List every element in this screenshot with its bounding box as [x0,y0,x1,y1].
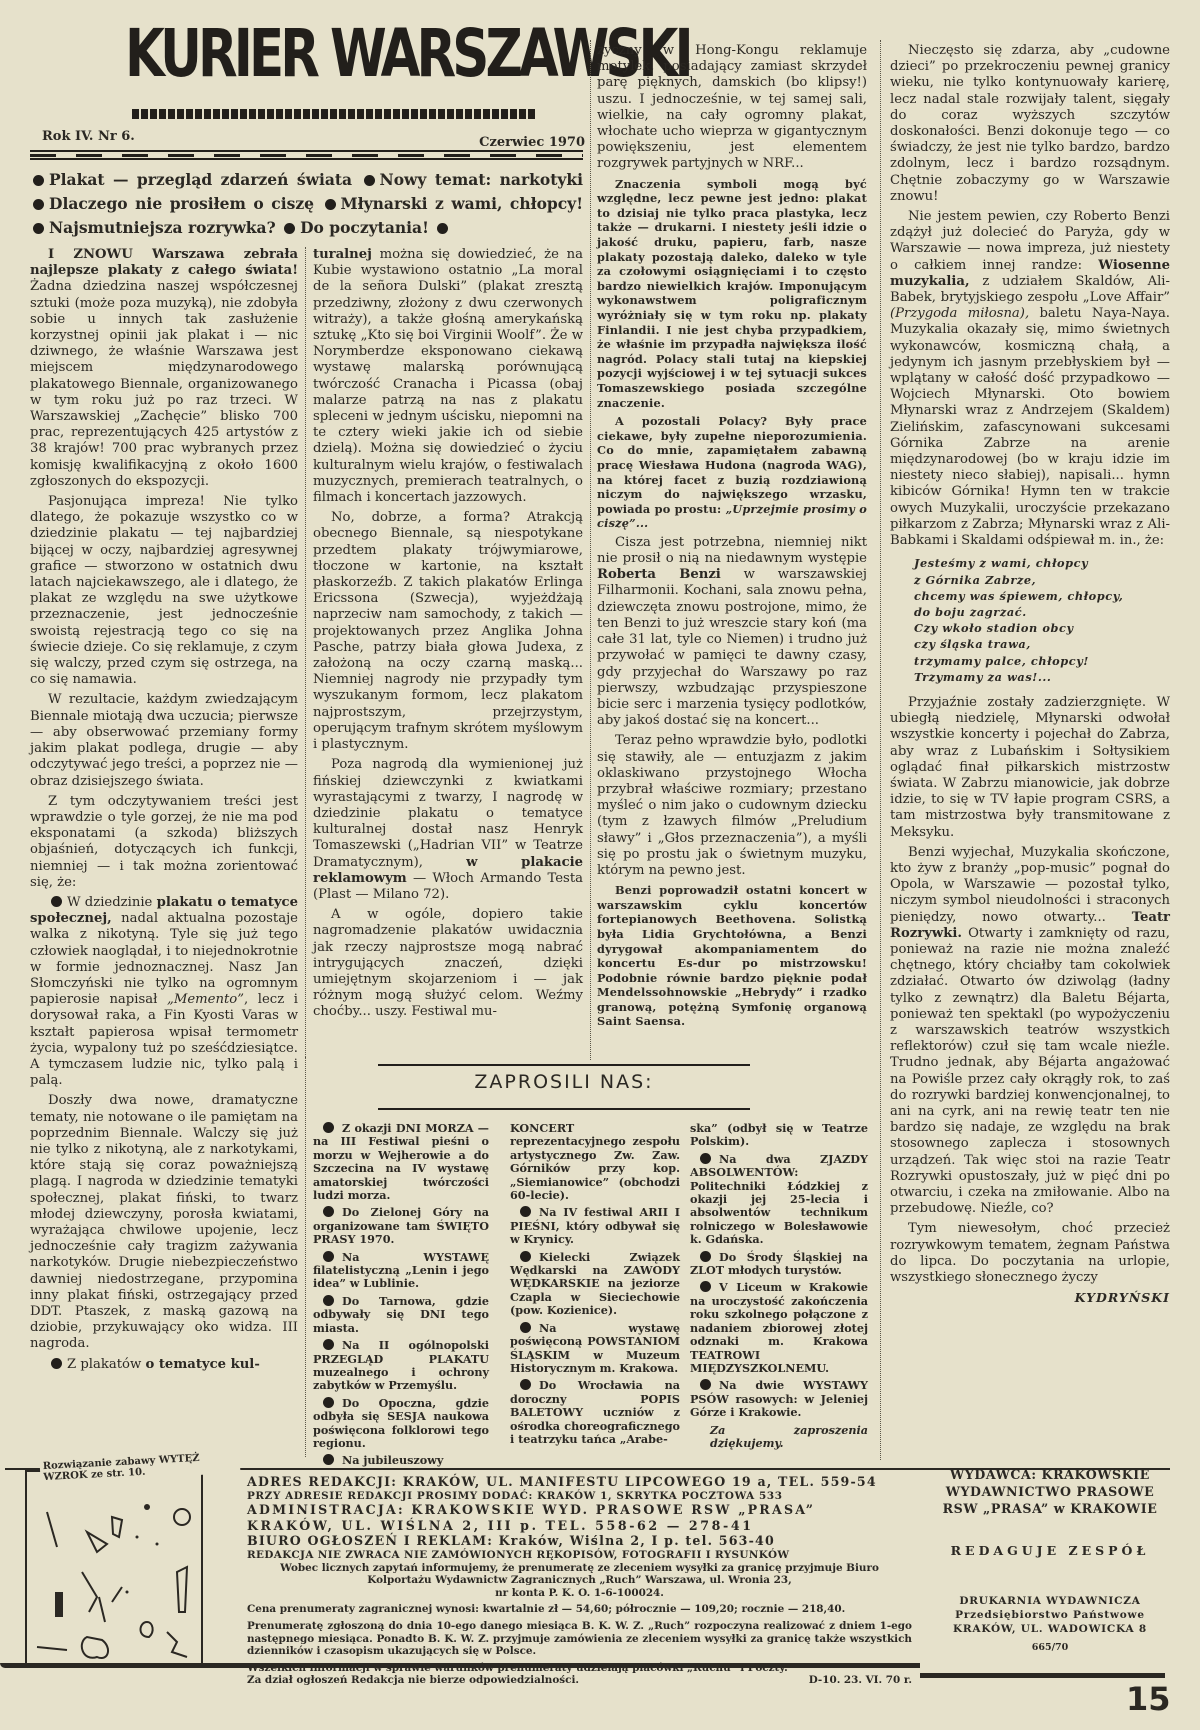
bullet-icon [323,1251,334,1262]
column-separator [305,247,306,1057]
imprint: ADRES REDAKCJI: KRAKÓW, UL. MANIFESTU LI… [247,1474,912,1687]
author-signature: KYDRYŃSKI [890,1290,1170,1306]
article-paragraph: zyczny w Hong-Kongu reklamuje motylek, p… [597,43,867,173]
invitation-item: Na jubileuszowy [313,1454,489,1467]
administration-address: KRAKÓW, UL. WIŚLNA 2, III p. TEL. 558-62… [247,1518,912,1534]
masthead-dotted-rule [132,109,537,119]
bullet-icon [323,1397,334,1408]
masthead-dashed-rule [30,150,583,160]
bullet-icon [325,199,336,210]
puzzle-fragments-icon [27,1472,201,1666]
contents-teaser: Plakat — przegląd zdarzeń świata Nowy te… [30,168,583,240]
ads-disclaimer: Za dział ogłoszeń Redakcja nie bierze od… [247,1674,579,1687]
invitation-item: Na wystawę poświęconą POWSTANIOM ŚLĄSKIM… [510,1322,680,1376]
article-paragraph: Znaczenia symboli mogą być względne, lec… [597,177,867,411]
bullet-icon [520,1379,531,1390]
ads-row: Za dział ogłoszeń Redakcja nie bierze od… [247,1674,912,1687]
article-paragraph: A pozostali Polacy? Były prace ciekawe, … [597,414,867,531]
article-paragraph: Tym niewesołym, choć przecież rozrywkowy… [890,1221,1170,1286]
article-paragraph: Benzi wyjechał, Muzykalia skończone, kto… [890,845,1170,1218]
article-paragraph: A w ogóle, dopiero takie nagromadzenie p… [313,907,583,1020]
article-column-2: turalnej można się dowiedzieć, że na Kub… [313,247,583,1025]
publisher-block: WYDAWCA: KRAKOWSKIE WYDAWNICTWO PRASOWE … [930,1466,1170,1653]
no-return-note: REDAKCJA NIE ZWRACA NIE ZAMÓWIONYCH RĘKO… [247,1549,912,1562]
article-paragraph: Z plakatów o tematyce kul- [30,1357,298,1373]
advertising-office: BIURO OGŁOSZEŃ I REKLAM: Kraków, Wiślna … [247,1533,912,1549]
bullet-icon [700,1379,711,1390]
lyric-line: chcemy was śpiewem, chłopcy, [914,588,1170,604]
invitation-item: Na dwie WYSTAWY PSÓW rasowych: w Jelenie… [690,1379,868,1419]
bullet-icon [323,1206,334,1217]
invitation-item: KONCERT reprezentacyjnego zespołu artyst… [510,1122,680,1202]
page-number: 15 [1126,1680,1171,1718]
bullet-icon [520,1251,531,1262]
section-rule [378,1108,750,1110]
bullet-icon [364,175,375,186]
editorial-team: REDAGUJE ZESPÓŁ [930,1543,1170,1558]
column-separator [305,1057,306,1457]
subscription-note: Wobec licznych zapytań informujemy, że p… [247,1562,912,1587]
publisher: WYDAWCA: KRAKOWSKIE WYDAWNICTWO PRASOWE … [930,1466,1170,1517]
invitation-item: Na dwa ZJAZDY ABSOLWENTÓW: Politechniki … [690,1153,868,1247]
bullet-icon [51,1358,62,1369]
article-paragraph: Benzi poprowadził ostatni koncert w wars… [597,883,867,1029]
masthead: KURIER WARSZAWSKI Rok IV. Nr 6. Czerwiec… [30,4,585,154]
masthead-logo: KURIER WARSZAWSKI [125,4,453,104]
issue-date: Czerwiec 1970 [479,135,585,150]
bullet-icon [700,1281,711,1292]
lyric-line: z Górnika Zabrze, [914,572,1170,588]
invitation-item: Do Opoczna, gdzie odbyła się SESJA nauko… [313,1397,489,1451]
teaser-item: Plakat — przegląd zdarzeń świata [49,170,352,189]
puzzle-solution-box [25,1470,203,1668]
article-paragraph: W rezultacie, każdym zwiedzającym Bienna… [30,692,298,789]
invitation-item: Do Środy Śląskiej na ZLOT młodych turyst… [690,1251,868,1278]
article-column-1: I ZNOWU Warszawa zebrała najlepsze plaka… [30,247,298,1377]
printer-info: DRUKARNIA WYDAWNICZA Przedsiębiorstwo Pa… [930,1594,1170,1636]
editorial-address-note: PRZY ADRESIE REDAKCJI PROSIMY DODAĆ: KRA… [247,1490,912,1503]
bullet-icon [520,1322,531,1333]
section-rule [378,1064,750,1066]
article-paragraph: Nie jestem pewien, czy Roberto Benzi zdą… [890,209,1170,549]
teaser-item: Młynarski z wami, chłopcy! [341,194,583,213]
invitation-item: Do Tarnowa, gdzie odbywały się DNI tego … [313,1295,489,1335]
bullet-icon [323,1122,334,1133]
article-paragraph: Przyjaźnie zostały zadzierzgnięte. W ubi… [890,695,1170,841]
bullet-icon [437,223,448,234]
order-number: 665/70 [930,1642,1170,1653]
article-paragraph: Żadna dziedzina naszej współczesnej sztu… [30,279,298,488]
invitation-item: Do Zielonej Góry na organizowane tam ŚWI… [313,1206,489,1246]
teaser-item: Do poczytania! [300,218,429,237]
teaser-item: Dlaczego nie prosiłem o ciszę [49,194,314,213]
teaser-item: Nowy temat: narkotyki [380,170,583,189]
teaser-item: Najsmutniejsza rozrywka? [49,218,276,237]
lyric-line: Trzymamy za was!... [914,669,1170,685]
print-code: D-10. 23. VI. 70 r. [809,1674,912,1687]
lyric-line: trzymamy palce, chłopcy! [914,653,1170,669]
bank-account: nr konta P. K. O. 1-6-100024. [247,1587,912,1600]
invitation-item: Na II ogólnopolski PRZEGLĄD PLAKATU muze… [313,1339,489,1393]
footer-bottom-rule [0,1663,920,1668]
article-paragraph: Teraz pełno wprawdzie było, podlotki się… [597,733,867,879]
article-column-3: zyczny w Hong-Kongu reklamuje motylek, p… [597,43,867,1033]
subscription-price: Cena prenumeraty zagranicznej wynosi: kw… [247,1603,912,1616]
article-column-4: Nieczęsto się zdarza, aby „cudowne dziec… [890,43,1170,1306]
lyric-line: do boju zagrzać. [914,604,1170,620]
lyric-line: Jesteśmy z wami, chłopcy [914,555,1170,571]
article-paragraph: Cisza jest potrzebna, niemniej nikt nie … [597,535,867,729]
bullet-icon [33,199,44,210]
column-separator [590,40,591,1060]
bullet-icon [284,223,295,234]
bullet-icon [323,1339,334,1350]
article-paragraph: turalnej można się dowiedzieć, że na Kub… [313,247,583,506]
bullet-icon [323,1454,334,1465]
lyric-line: Czy wkoło stadion obcy [914,620,1170,636]
section-title: ZAPROSILI NAS: [378,1071,750,1093]
invitations-column-a: Z okazji DNI MORZA — na III Festiwal pie… [313,1122,489,1472]
bullet-icon [520,1206,531,1217]
invitation-item: ska” (odbył się w Teatrze Polskim). [690,1122,868,1149]
bullet-icon [700,1251,711,1262]
article-paragraph: Z tym odczytywaniem treści jest wprawdzi… [30,794,298,891]
column-separator [880,40,881,1460]
article-lead: I ZNOWU Warszawa zebrała najlepsze plaka… [30,247,298,278]
bullet-icon [51,896,62,907]
invitation-item: Na IV festiwal ARII I PIEŚNI, który odby… [510,1206,680,1246]
subscription-terms: Prenumeratę zgłoszoną do dnia 10-ego dan… [247,1620,912,1658]
editorial-address: ADRES REDAKCJI: KRAKÓW, UL. MANIFESTU LI… [247,1474,912,1490]
invitation-item: V Liceum w Krakowie na uroczystość zakoń… [690,1281,868,1375]
issue-number: Rok IV. Nr 6. [42,129,135,144]
bullet-icon [700,1153,711,1164]
song-lyrics: Jesteśmy z wami, chłopcy z Górnika Zabrz… [914,555,1170,685]
article-paragraph: Pasjonująca impreza! Nie tylko dlatego, … [30,494,298,688]
invitation-item: Z okazji DNI MORZA — na III Festiwal pie… [313,1122,489,1202]
invitations-column-c: ska” (odbył się w Teatrze Polskim). Na d… [690,1122,868,1454]
invitation-item: Za zaproszenia dziękujemy. [690,1424,868,1451]
newspaper-page: KURIER WARSZAWSKI Rok IV. Nr 6. Czerwiec… [0,0,1200,1730]
bullet-icon [33,175,44,186]
article-paragraph: Doszły dwa nowe, dramatyczne tematy, nie… [30,1093,298,1352]
article-paragraph: Poza nagrodą dla wymienionej już fińskie… [313,757,583,903]
administration: ADMINISTRACJA: KRAKOWSKIE WYD. PRASOWE R… [247,1502,912,1518]
invitation-item: Do Wrocławia na doroczny POPIS BALETOWY … [510,1379,680,1446]
invitation-item: Na WYSTAWĘ filatelistyczną „Lenin i jego… [313,1251,489,1291]
invitation-item: Kielecki Związek Wędkarski na ZAWODY WĘD… [510,1251,680,1318]
bullet-icon [33,223,44,234]
bullet-icon [323,1295,334,1306]
article-paragraph: Nieczęsto się zdarza, aby „cudowne dziec… [890,43,1170,205]
lyric-line: czy śląska trawa, [914,636,1170,652]
article-paragraph: W dziedzinie plakatu o tematyce społeczn… [30,895,298,1089]
page-number-rule [920,1673,1165,1678]
article-paragraph: No, dobrze, a forma? Atrakcją obecnego B… [313,510,583,753]
invitations-column-b: KONCERT reprezentacyjnego zespołu artyst… [510,1122,680,1450]
